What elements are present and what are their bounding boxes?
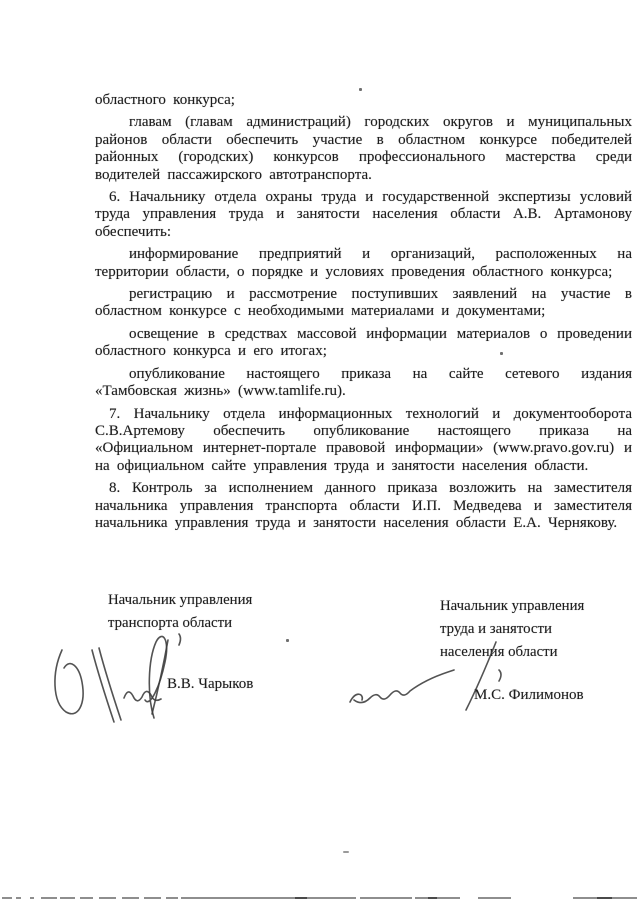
doc-paragraph: главам (главам администраций) городских … (95, 114, 632, 184)
scan-speck (343, 851, 349, 853)
doc-paragraph: освещение в средствах массовой информаци… (95, 326, 632, 361)
doc-paragraph-item-8: 8. Контроль за исполнением данного прика… (95, 480, 632, 532)
scanned-document-page: областного конкурса; главам (главам адми… (0, 0, 640, 905)
doc-paragraph: регистрацию и рассмотрение поступивших з… (95, 286, 632, 321)
doc-paragraph: областного конкурса; (95, 92, 632, 109)
doc-paragraph-item-6: 6. Начальнику отдела охраны труда и госу… (95, 189, 632, 241)
scan-speck (359, 88, 362, 91)
signatory-left-title-line: Начальник управления (108, 589, 252, 612)
doc-paragraph: опубликование настоящего приказа на сайт… (95, 366, 632, 401)
signatory-right-name: М.С. Филимонов (474, 687, 584, 704)
scan-artifact-bottom-line (0, 897, 640, 900)
doc-paragraph: информирование предприятий и организаций… (95, 246, 632, 281)
document-text: областного конкурса; главам (главам адми… (95, 92, 632, 532)
scan-speck (500, 352, 503, 355)
doc-paragraph-item-7: 7. Начальнику отдела информационных техн… (95, 406, 632, 476)
scan-speck (286, 639, 289, 642)
signatory-right-title-line: Начальник управления (440, 595, 584, 618)
signatory-left-name: В.В. Чарыков (167, 676, 253, 693)
